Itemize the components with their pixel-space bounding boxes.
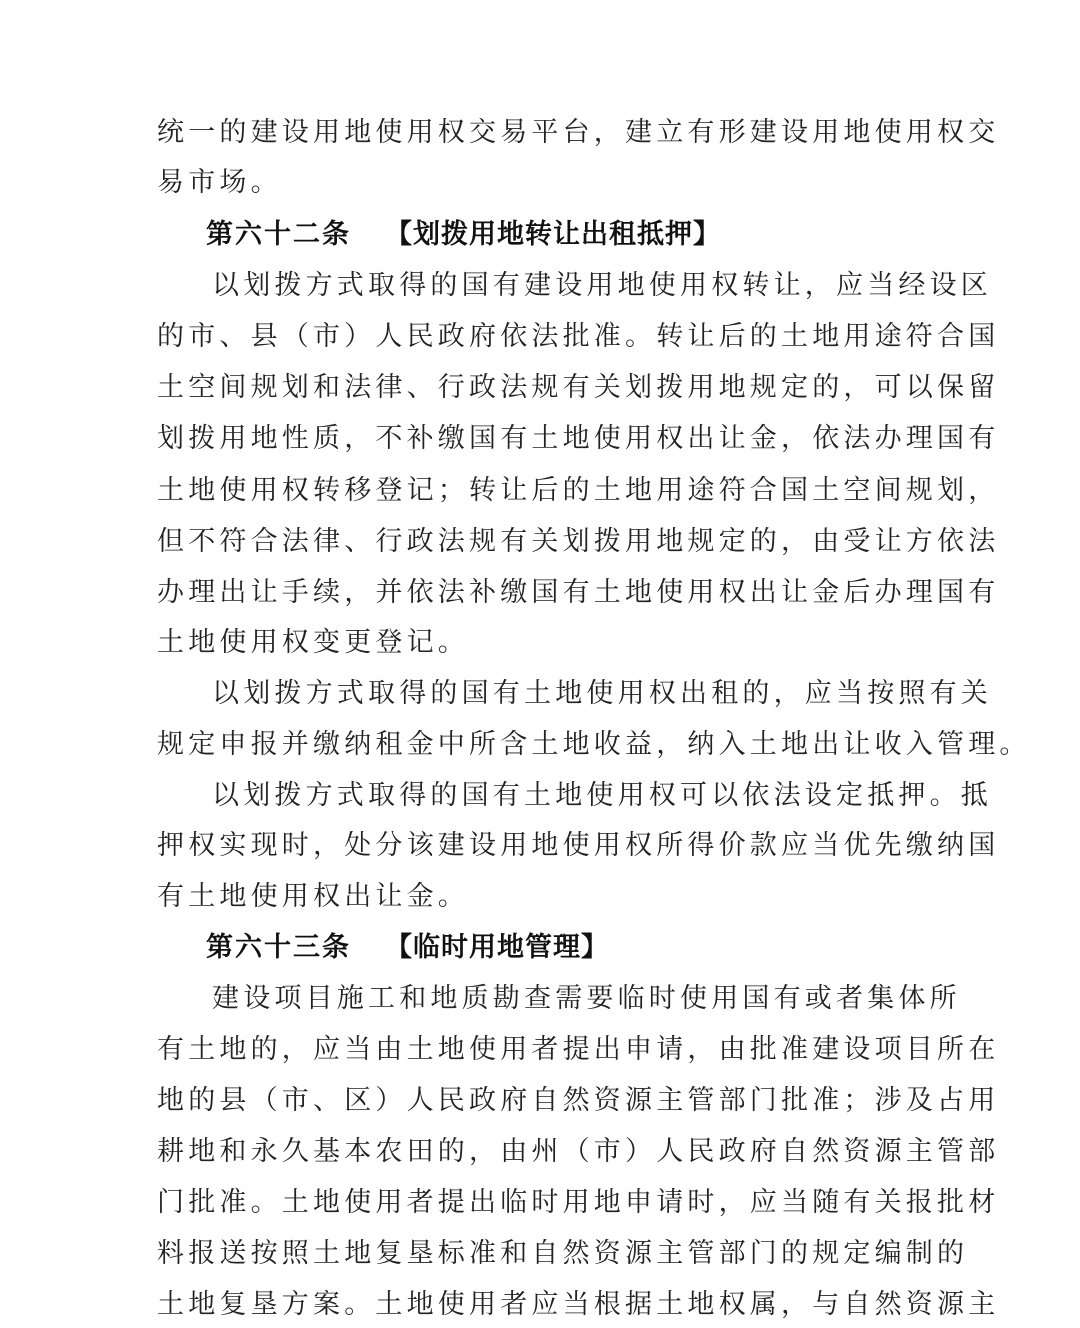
article-number: 第六十三条 bbox=[206, 932, 351, 963]
text-line: 的市、县（市）人民政府依法批准。转让后的土地用途符合国 bbox=[157, 320, 947, 354]
paragraph-start-line: 建设项目施工和地质勘查需要临时使用国有或者集体所 bbox=[212, 982, 1002, 1016]
article-heading-62: 第六十二条【划拨用地转让出租抵押】 bbox=[206, 218, 721, 252]
text-line: 土地复垦方案。土地使用者应当根据土地权属，与自然资源主 bbox=[157, 1288, 947, 1322]
text-line: 押权实现时，处分该建设用地使用权所得价款应当优先缴纳国 bbox=[157, 829, 947, 863]
text-line: 易市场。 bbox=[157, 166, 947, 200]
text-line: 办理出让手续，并依法补缴国有土地使用权出让金后办理国有 bbox=[157, 576, 947, 610]
paragraph-start-line: 以划拨方式取得的国有土地使用权出租的，应当按照有关 bbox=[212, 677, 1002, 711]
article-title: 【划拨用地转让出租抵押】 bbox=[385, 219, 721, 250]
article-number: 第六十二条 bbox=[206, 219, 351, 250]
text-line: 地的县（市、区）人民政府自然资源主管部门批准；涉及占用 bbox=[157, 1084, 947, 1118]
paragraph-start-line: 以划拨方式取得的国有土地使用权可以依法设定抵押。抵 bbox=[212, 779, 1002, 813]
text-line: 耕地和永久基本农田的，由州（市）人民政府自然资源主管部 bbox=[157, 1135, 947, 1169]
article-title: 【临时用地管理】 bbox=[385, 932, 609, 963]
text-line: 划拨用地性质，不补缴国有土地使用权出让金，依法办理国有 bbox=[157, 422, 947, 456]
text-line: 土地使用权变更登记。 bbox=[157, 626, 947, 660]
text-line: 土空间规划和法律、行政法规有关划拨用地规定的，可以保留 bbox=[157, 371, 947, 405]
text-line: 门批准。土地使用者提出临时用地申请时，应当随有关报批材 bbox=[157, 1186, 947, 1220]
paragraph-start-line: 以划拨方式取得的国有建设用地使用权转让，应当经设区 bbox=[212, 269, 1002, 303]
text-line: 料报送按照土地复垦标准和自然资源主管部门的规定编制的 bbox=[157, 1237, 947, 1271]
text-line: 但不符合法律、行政法规有关划拨用地规定的，由受让方依法 bbox=[157, 525, 947, 559]
text-line: 规定申报并缴纳租金中所含土地收益，纳入土地出让收入管理。 bbox=[157, 728, 947, 762]
text-line: 统一的建设用地使用权交易平台，建立有形建设用地使用权交 bbox=[157, 116, 947, 150]
text-line: 土地使用权转移登记；转让后的土地用途符合国土空间规划， bbox=[157, 474, 947, 508]
article-heading-63: 第六十三条【临时用地管理】 bbox=[206, 931, 609, 965]
text-line: 有土地使用权出让金。 bbox=[157, 880, 947, 914]
document-page: 统一的建设用地使用权交易平台，建立有形建设用地使用权交 易市场。 第六十二条【划… bbox=[0, 0, 1080, 1328]
text-line: 有土地的，应当由土地使用者提出申请，由批准建设项目所在 bbox=[157, 1033, 947, 1067]
